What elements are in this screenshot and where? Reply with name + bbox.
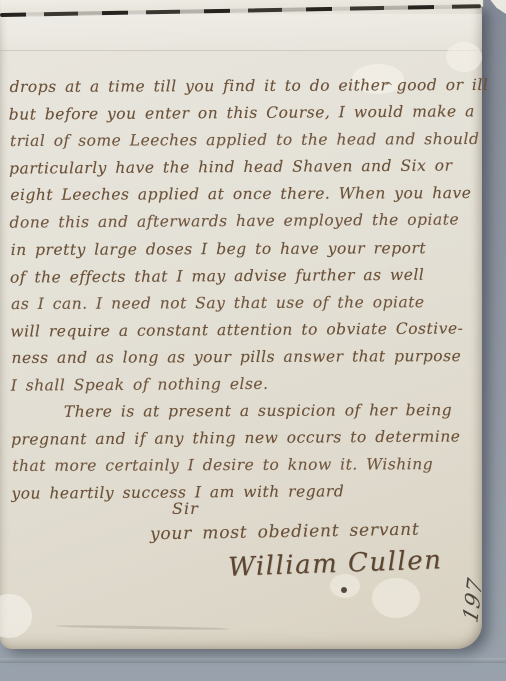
letter-line: done this and afterwards have employed t… [9,207,469,237]
bottom-crease-line [55,624,230,630]
letter-line: will require a constant attention to obv… [10,315,470,345]
paper-stain [0,594,32,638]
ink-blot [341,587,347,593]
folio-number: 197 [458,567,488,633]
letter-line: I shall Speak of nothing else. [11,369,471,399]
paper-stain [372,578,420,618]
paper-stain [446,42,482,72]
letter-line: trial of some Leeches applied to the hea… [10,126,470,155]
letter-line: ness and as long as your pills answer th… [11,343,471,372]
letter-line: but before you enter on this Course, I w… [9,98,469,128]
letter-line: eight Leeches applied at once there. Whe… [10,180,470,209]
top-fold-shading [0,14,482,51]
closing-salutation: Sir [172,499,199,518]
insertion-caret: ^ [384,80,393,93]
letter-line: particularly have the hind head Shaven a… [9,153,469,183]
letter-line: pregnant and if any thing new occurs to … [11,424,471,454]
letter-line: you heartily success I am with regard [11,478,471,508]
letter-line: of the effects that I may advise further… [10,261,470,291]
letter-line: There is at present a suspicion of her b… [12,397,472,426]
letter-paper: drops at a time till you find it to do e… [0,4,482,649]
letter-line: as I can. I need not Say that use of the… [11,289,471,318]
letter-line: in pretty large doses I beg to have your… [11,235,471,264]
closing-valediction: your most obedient servant [150,520,420,545]
adjacent-page-corner [487,0,506,14]
signature-william-cullen: William Cullen [228,545,443,582]
letter-line: that more certainly I desire to know it.… [12,451,472,480]
letter-body: drops at a time till you find it to do e… [8,71,471,508]
letter-line: drops at a time till you find it to do e… [10,72,470,101]
scanned-letter-page: drops at a time till you find it to do e… [0,0,506,681]
backdrop-ridge [0,658,506,663]
